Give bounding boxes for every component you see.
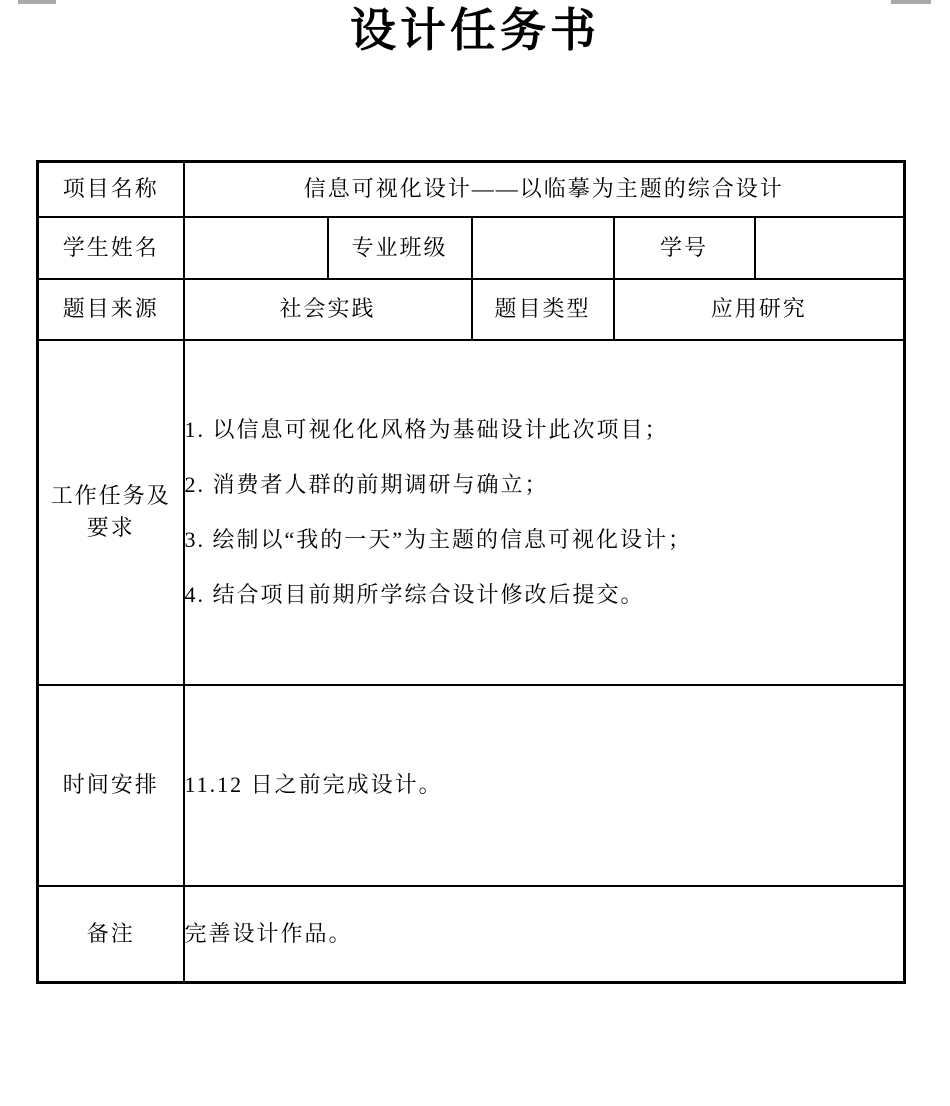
work-task-list: 1. 以信息可视化化风格为基础设计此次项目； 2. 消费者人群的前期调研与确立；… <box>184 340 905 685</box>
table-row-schedule: 时间安排 11.12 日之前完成设计。 <box>38 685 905 886</box>
topic-source-label: 题目来源 <box>38 279 184 340</box>
work-task-label: 工作任务及 要求 <box>38 340 184 685</box>
remarks-value: 完善设计作品。 <box>184 886 905 983</box>
topic-type-label: 题目类型 <box>472 279 614 340</box>
task-brief-table: 项目名称 信息可视化设计——以临摹为主题的综合设计 学生姓名 专业班级 学号 题… <box>36 160 906 984</box>
work-task-label-line2: 要求 <box>39 512 183 544</box>
task-item-3: 3. 绘制以“我的一天”为主题的信息可视化设计； <box>185 512 904 567</box>
schedule-label: 时间安排 <box>38 685 184 886</box>
document-page: 设计任务书 项目名称 信息可视化设计——以临摹为主题的综合设计 学生姓名 专业班… <box>0 0 950 1106</box>
class-label: 专业班级 <box>328 217 472 279</box>
project-name-value: 信息可视化设计——以临摹为主题的综合设计 <box>184 162 905 217</box>
topic-source-value: 社会实践 <box>184 279 472 340</box>
table-row-remarks: 备注 完善设计作品。 <box>38 886 905 983</box>
student-id-field[interactable] <box>755 217 905 279</box>
student-id-label: 学号 <box>614 217 755 279</box>
student-name-label: 学生姓名 <box>38 217 184 279</box>
project-name-label: 项目名称 <box>38 162 184 217</box>
schedule-value: 11.12 日之前完成设计。 <box>184 685 905 886</box>
task-item-1: 1. 以信息可视化化风格为基础设计此次项目； <box>185 402 904 457</box>
page-title: 设计任务书 <box>0 2 950 60</box>
table-row-topic-info: 题目来源 社会实践 题目类型 应用研究 <box>38 279 905 340</box>
work-task-label-line1: 工作任务及 <box>39 480 183 512</box>
topic-type-value: 应用研究 <box>614 279 905 340</box>
student-name-field[interactable] <box>184 217 328 279</box>
task-item-2: 2. 消费者人群的前期调研与确立； <box>185 457 904 512</box>
table-row-project-name: 项目名称 信息可视化设计——以临摹为主题的综合设计 <box>38 162 905 217</box>
table-row-work-tasks: 工作任务及 要求 1. 以信息可视化化风格为基础设计此次项目； 2. 消费者人群… <box>38 340 905 685</box>
remarks-label: 备注 <box>38 886 184 983</box>
task-item-4: 4. 结合项目前期所学综合设计修改后提交。 <box>185 567 904 622</box>
table-row-student-info: 学生姓名 专业班级 学号 <box>38 217 905 279</box>
class-field[interactable] <box>472 217 614 279</box>
